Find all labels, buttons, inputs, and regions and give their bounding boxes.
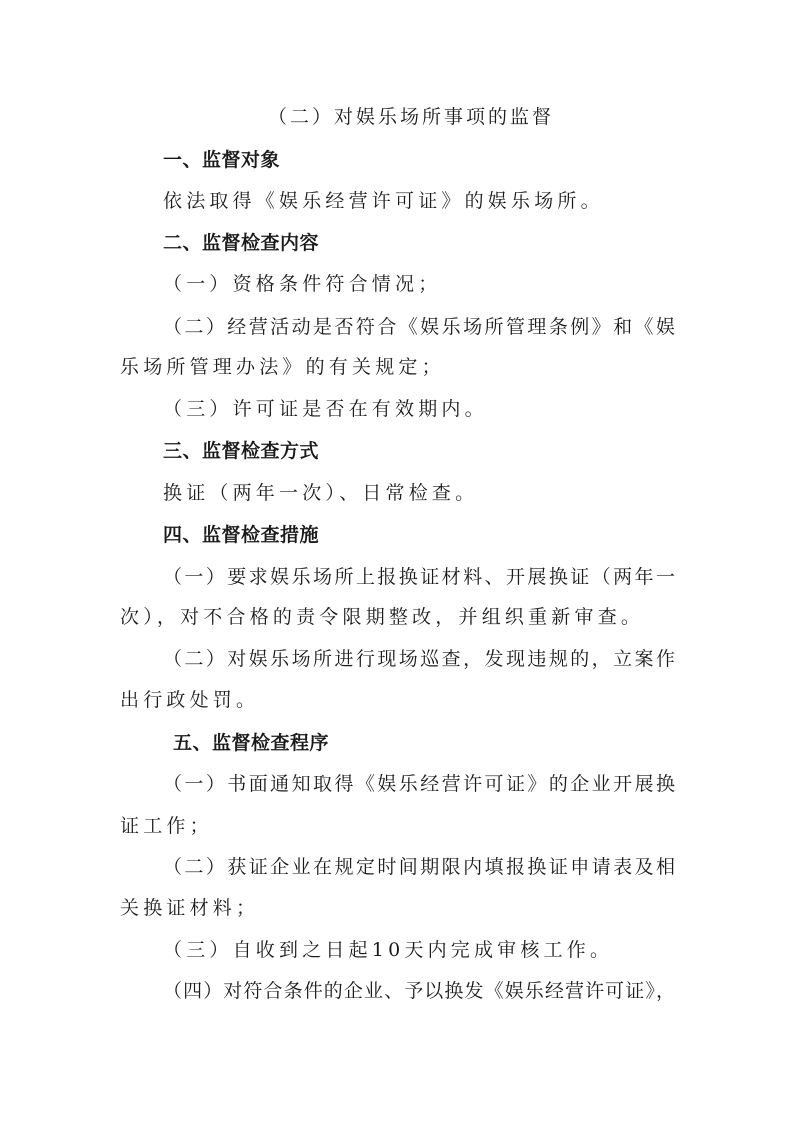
paragraph: 证工作； <box>120 814 213 838</box>
paragraph: （二）经营活动是否符合《娱乐场所管理条例》和《娱 <box>163 315 675 339</box>
section-heading-3: 三、监督检查方式 <box>163 439 319 463</box>
paragraph: 乐场所管理办法》的有关规定； <box>120 355 445 379</box>
paragraph: （二）获证企业在规定时间期限内填报换证申请表及相 <box>163 855 675 879</box>
paragraph: （一）资格条件符合情况； <box>163 272 441 296</box>
section-heading-5: 五、监督检查程序 <box>173 731 329 755</box>
section-heading-2: 二、监督检查内容 <box>163 231 319 255</box>
paragraph: 出行政处罚。 <box>120 688 259 712</box>
paragraph: 依法取得《娱乐经营许可证》的娱乐场所。 <box>163 189 604 213</box>
paragraph: （一）书面通知取得《娱乐经营许可证》的企业开展换 <box>163 772 675 796</box>
document-title: （二）对娱乐场所事项的监督 <box>268 105 554 129</box>
paragraph: （一）要求娱乐场所上报换证材料、开展换证（两年一 <box>163 565 675 589</box>
paragraph: （二）对娱乐场所进行现场巡查，发现违规的，立案作 <box>163 647 675 671</box>
section-heading-4: 四、监督检查措施 <box>163 523 319 547</box>
section-heading-1: 一、监督对象 <box>163 148 280 172</box>
paragraph: （三）许可证是否在有效期内。 <box>163 397 488 421</box>
paragraph: 关换证材料； <box>120 896 259 920</box>
paragraph: 换证（两年一次）、日常检查。 <box>163 481 478 505</box>
paragraph: 次），对不合格的责令限期整改，并组织重新审查。 <box>120 605 644 629</box>
paragraph: （四）对符合条件的企业、予以换发《娱乐经营许可证》， <box>163 979 675 1003</box>
paragraph: （三）自收到之日起10天内完成审核工作。 <box>163 938 613 962</box>
